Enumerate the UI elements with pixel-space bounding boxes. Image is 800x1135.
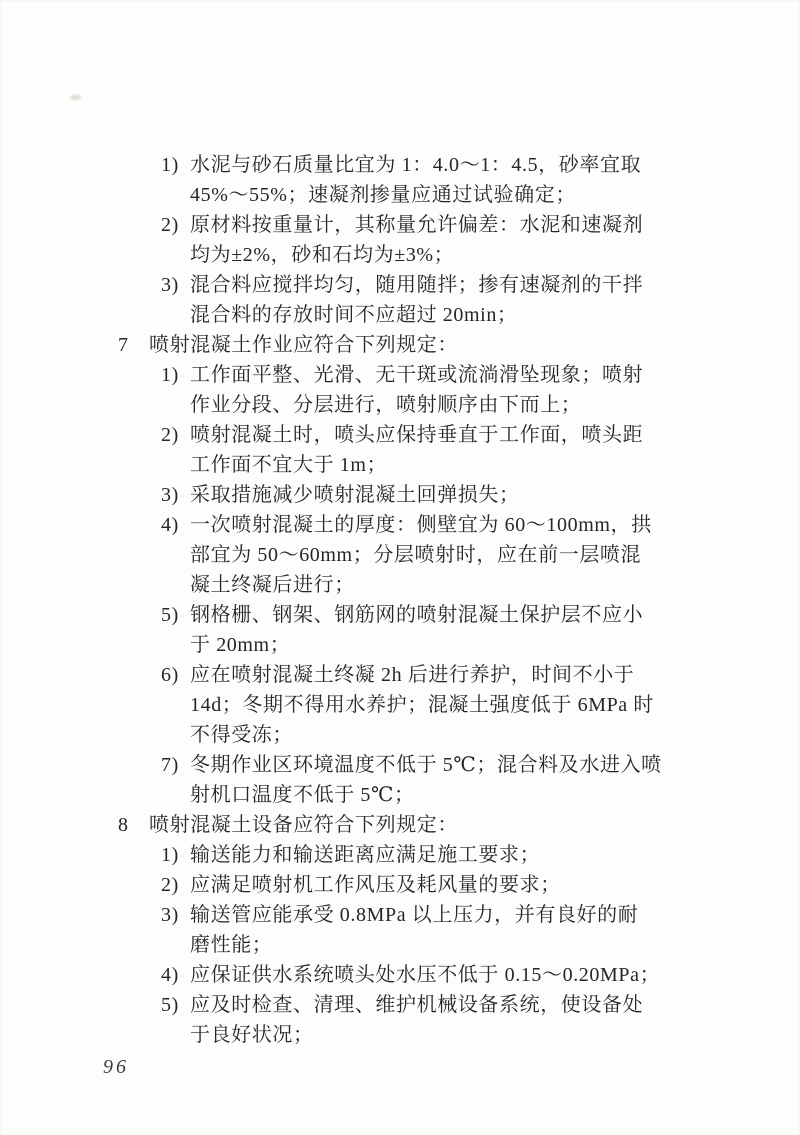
list-item: 7) 冬期作业区环境温度不低于 5℃；混合料及水进入喷射机口温度不低于 5℃； bbox=[0, 750, 800, 810]
list-item-text: 一次喷射混凝土的厚度：侧壁宜为 60～100mm，拱部宜为 50～60mm；分层… bbox=[190, 510, 652, 600]
list-item: 6) 应在喷射混凝土终凝 2h 后进行养护，时间不小于14d；冬期不得用水养护；… bbox=[0, 660, 800, 750]
text-line: 作业分段、分层进行，喷射顺序由下而上； bbox=[190, 390, 643, 420]
text-line: 喷射混凝土作业应符合下列规定： bbox=[149, 330, 458, 360]
list-item-text: 应满足喷射机工作风压及耗风量的要求； bbox=[190, 870, 561, 900]
text-line: 应满足喷射机工作风压及耗风量的要求； bbox=[190, 870, 561, 900]
list-item-marker: 2) bbox=[161, 210, 190, 270]
list-item-text: 喷射混凝土作业应符合下列规定： bbox=[149, 330, 458, 360]
list-item: 7 喷射混凝土作业应符合下列规定： bbox=[0, 330, 800, 360]
list-item-marker: 5) bbox=[161, 990, 190, 1050]
text-line: 部宜为 50～60mm；分层喷射时，应在前一层喷混 bbox=[190, 540, 652, 570]
text-line: 工作面不宜大于 1m； bbox=[190, 450, 643, 480]
page-number: 96 bbox=[103, 1056, 129, 1079]
list-item-marker: 2) bbox=[161, 870, 190, 900]
list-item-marker: 1) bbox=[161, 360, 190, 420]
list-item: 4) 一次喷射混凝土的厚度：侧壁宜为 60～100mm，拱部宜为 50～60mm… bbox=[0, 510, 800, 600]
text-line: 不得受冻； bbox=[190, 720, 654, 750]
list-item: 2) 应满足喷射机工作风压及耗风量的要求； bbox=[0, 870, 800, 900]
list-item-marker: 3) bbox=[161, 480, 190, 510]
list-item-marker: 2) bbox=[161, 420, 190, 480]
text-line: 45%～55%；速凝剂掺量应通过试验确定； bbox=[190, 180, 641, 210]
text-line: 均为±2%，砂和石均为±3%； bbox=[190, 240, 643, 270]
list-item-text: 水泥与砂石质量比宜为 1：4.0～1：4.5，砂率宜取45%～55%；速凝剂掺量… bbox=[190, 150, 641, 210]
list-item: 3) 采取措施减少喷射混凝土回弹损失； bbox=[0, 480, 800, 510]
text-line: 于 20mm； bbox=[190, 630, 643, 660]
text-line: 混合料应搅拌均匀，随用随拌；掺有速凝剂的干拌 bbox=[190, 270, 643, 300]
list-item: 1) 水泥与砂石质量比宜为 1：4.0～1：4.5，砂率宜取45%～55%；速凝… bbox=[0, 150, 800, 210]
list-item: 5) 钢格栅、钢架、钢筋网的喷射混凝土保护层不应小于 20mm； bbox=[0, 600, 800, 660]
text-line: 喷射混凝土时，喷头应保持垂直于工作面，喷头距 bbox=[190, 420, 643, 450]
list-item-marker: 3) bbox=[161, 900, 190, 960]
text-line: 输送能力和输送距离应满足施工要求； bbox=[190, 840, 540, 870]
list-item-marker: 7) bbox=[161, 750, 190, 810]
list-item-text: 应保证供水系统喷头处水压不低于 0.15～0.20MPa； bbox=[190, 960, 660, 990]
list-item-marker: 7 bbox=[118, 330, 149, 360]
list-item-text: 喷射混凝土设备应符合下列规定： bbox=[149, 810, 458, 840]
list-item-text: 采取措施减少喷射混凝土回弹损失； bbox=[190, 480, 520, 510]
list-item-marker: 6) bbox=[161, 660, 190, 750]
list-item-marker: 3) bbox=[161, 270, 190, 330]
text-line: 钢格栅、钢架、钢筋网的喷射混凝土保护层不应小 bbox=[190, 600, 643, 630]
list-item-text: 混合料应搅拌均匀，随用随拌；掺有速凝剂的干拌混合料的存放时间不应超过 20min… bbox=[190, 270, 643, 330]
list-item: 2) 原材料按重量计，其称量允许偏差：水泥和速凝剂均为±2%，砂和石均为±3%； bbox=[0, 210, 800, 270]
text-line: 采取措施减少喷射混凝土回弹损失； bbox=[190, 480, 520, 510]
list-item-text: 应及时检查、清理、维护机械设备系统，使设备处于良好状况； bbox=[190, 990, 643, 1050]
text-line: 混合料的存放时间不应超过 20min； bbox=[190, 300, 643, 330]
list-item-text: 输送管应能承受 0.8MPa 以上压力，并有良好的耐磨性能； bbox=[190, 900, 638, 960]
text-line: 水泥与砂石质量比宜为 1：4.0～1：4.5，砂率宜取 bbox=[190, 150, 641, 180]
text-line: 工作面平整、光滑、无干斑或流淌滑坠现象；喷射 bbox=[190, 360, 643, 390]
list-item-marker: 5) bbox=[161, 600, 190, 660]
text-line: 于良好状况； bbox=[190, 1020, 643, 1050]
list-item: 4) 应保证供水系统喷头处水压不低于 0.15～0.20MPa； bbox=[0, 960, 800, 990]
list-item-text: 原材料按重量计，其称量允许偏差：水泥和速凝剂均为±2%，砂和石均为±3%； bbox=[190, 210, 643, 270]
text-line: 一次喷射混凝土的厚度：侧壁宜为 60～100mm，拱 bbox=[190, 510, 652, 540]
text-line: 应保证供水系统喷头处水压不低于 0.15～0.20MPa； bbox=[190, 960, 660, 990]
list-item: 2) 喷射混凝土时，喷头应保持垂直于工作面，喷头距工作面不宜大于 1m； bbox=[0, 420, 800, 480]
list-item-text: 工作面平整、光滑、无干斑或流淌滑坠现象；喷射作业分段、分层进行，喷射顺序由下而上… bbox=[190, 360, 643, 420]
list-item: 3) 输送管应能承受 0.8MPa 以上压力，并有良好的耐磨性能； bbox=[0, 900, 800, 960]
text-line: 原材料按重量计，其称量允许偏差：水泥和速凝剂 bbox=[190, 210, 643, 240]
list-item-marker: 4) bbox=[161, 960, 190, 990]
text-line: 14d；冬期不得用水养护；混凝土强度低于 6MPa 时 bbox=[190, 690, 654, 720]
text-line: 冬期作业区环境温度不低于 5℃；混合料及水进入喷 bbox=[190, 750, 662, 780]
text-line: 应在喷射混凝土终凝 2h 后进行养护，时间不小于 bbox=[190, 660, 654, 690]
text-line: 射机口温度不低于 5℃； bbox=[190, 780, 662, 810]
list-item: 5) 应及时检查、清理、维护机械设备系统，使设备处于良好状况； bbox=[0, 990, 800, 1050]
text-line: 喷射混凝土设备应符合下列规定： bbox=[149, 810, 458, 840]
list-item-marker: 4) bbox=[161, 510, 190, 600]
list-item-marker: 8 bbox=[118, 810, 149, 840]
text-line: 凝土终凝后进行； bbox=[190, 570, 652, 600]
list-item-text: 应在喷射混凝土终凝 2h 后进行养护，时间不小于14d；冬期不得用水养护；混凝土… bbox=[190, 660, 654, 750]
text-line: 输送管应能承受 0.8MPa 以上压力，并有良好的耐 bbox=[190, 900, 638, 930]
list-item-marker: 1) bbox=[161, 150, 190, 210]
list-item-text: 钢格栅、钢架、钢筋网的喷射混凝土保护层不应小于 20mm； bbox=[190, 600, 643, 660]
text-line: 磨性能； bbox=[190, 930, 638, 960]
scan-speck bbox=[70, 95, 81, 100]
list-item-text: 喷射混凝土时，喷头应保持垂直于工作面，喷头距工作面不宜大于 1m； bbox=[190, 420, 643, 480]
list-item: 1) 输送能力和输送距离应满足施工要求； bbox=[0, 840, 800, 870]
document-page: 1) 水泥与砂石质量比宜为 1：4.0～1：4.5，砂率宜取45%～55%；速凝… bbox=[0, 0, 800, 1135]
list-item-text: 冬期作业区环境温度不低于 5℃；混合料及水进入喷射机口温度不低于 5℃； bbox=[190, 750, 662, 810]
list-item-marker: 1) bbox=[161, 840, 190, 870]
list-item: 8 喷射混凝土设备应符合下列规定： bbox=[0, 810, 800, 840]
document-body: 1) 水泥与砂石质量比宜为 1：4.0～1：4.5，砂率宜取45%～55%；速凝… bbox=[0, 150, 800, 1050]
text-line: 应及时检查、清理、维护机械设备系统，使设备处 bbox=[190, 990, 643, 1020]
list-item: 1) 工作面平整、光滑、无干斑或流淌滑坠现象；喷射作业分段、分层进行，喷射顺序由… bbox=[0, 360, 800, 420]
list-item: 3) 混合料应搅拌均匀，随用随拌；掺有速凝剂的干拌混合料的存放时间不应超过 20… bbox=[0, 270, 800, 330]
list-item-text: 输送能力和输送距离应满足施工要求； bbox=[190, 840, 540, 870]
